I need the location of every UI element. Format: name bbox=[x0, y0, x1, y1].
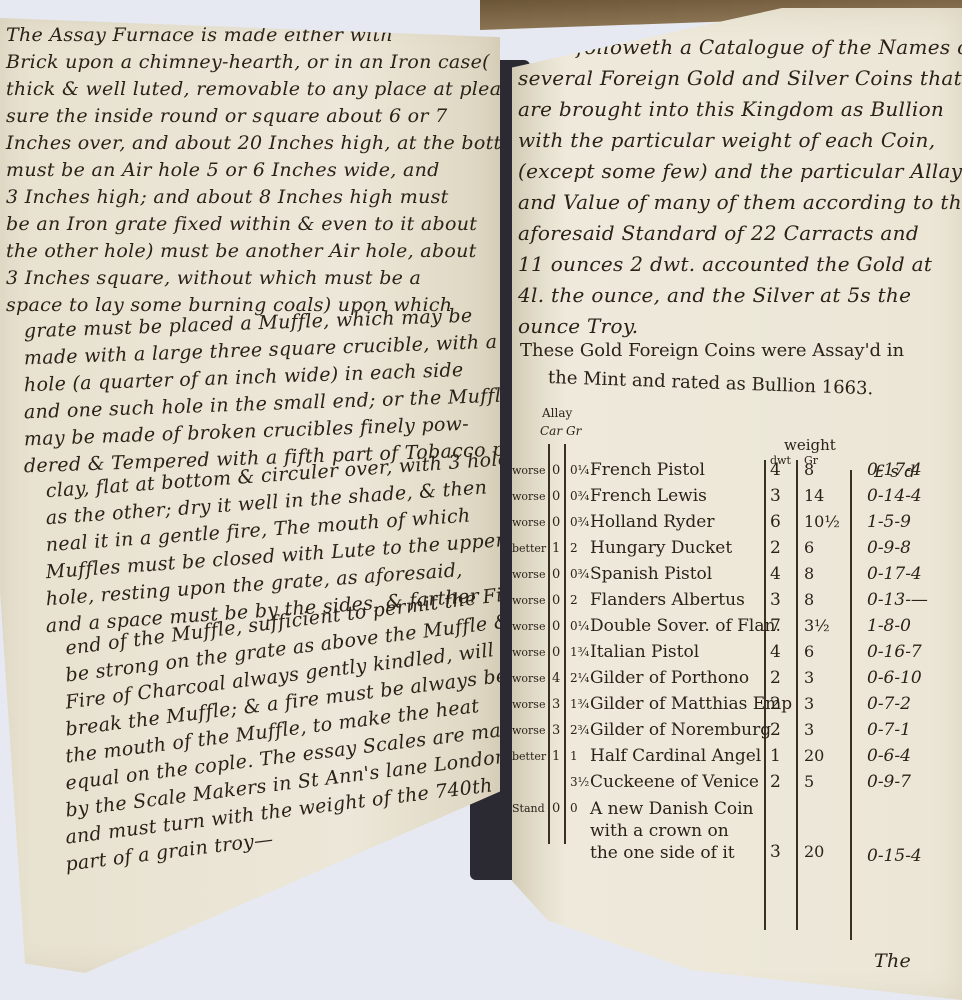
allay-grains: 0¾ bbox=[570, 515, 589, 529]
allay-carats: 0 bbox=[552, 463, 560, 478]
text-line: be an Iron grate fixed within & even to … bbox=[6, 211, 496, 238]
allay-grains: 0¾ bbox=[570, 489, 589, 503]
coin-name: A new Danish Coin with a crown on the on… bbox=[590, 798, 760, 864]
coin-name: Italian Pistol bbox=[590, 642, 699, 662]
coin-name: Holland Ryder bbox=[590, 512, 714, 532]
coin-value: 1-8-0 bbox=[867, 616, 911, 636]
allay-quality: better bbox=[512, 750, 546, 763]
weight-dwt: 2 bbox=[770, 772, 781, 792]
weight-grains: 6 bbox=[804, 642, 814, 661]
table-row: worse 3 2¾ Gilder of Noremburg 2 3 0-7-1 bbox=[512, 720, 962, 746]
table-row: worse 0 2 Flanders Albertus 3 8 0-13-— bbox=[512, 590, 962, 616]
weight-dwt: 3 bbox=[770, 842, 781, 862]
weight-grains: 8 bbox=[804, 590, 814, 609]
weight-grains: 6 bbox=[804, 538, 814, 557]
allay-carats: 0 bbox=[552, 489, 560, 504]
weight-grains: 3½ bbox=[804, 616, 830, 635]
text-line: (except some few) and the particular All… bbox=[518, 156, 962, 187]
allay-carats: 0 bbox=[552, 515, 560, 530]
table-row: better 1 2 Hungary Ducket 2 6 0-9-8 bbox=[512, 538, 962, 564]
text-line: aforesaid Standard of 22 Carracts and bbox=[518, 218, 962, 249]
text-line: and Value of many of them according to t… bbox=[518, 187, 962, 218]
weight-dwt: 3 bbox=[770, 590, 781, 610]
coin-name: Flanders Albertus bbox=[590, 590, 745, 610]
weight-grains: 8 bbox=[804, 460, 814, 479]
allay-quality: worse bbox=[512, 464, 545, 477]
coin-name: Half Cardinal Angel bbox=[590, 746, 761, 766]
coin-name: Gilder of Porthono bbox=[590, 668, 749, 688]
table-row: worse 0 0¼ Double Sover. of Flan. 7 3½ 1… bbox=[512, 616, 962, 642]
coin-name: Cuckeene of Venice bbox=[590, 772, 759, 792]
weight-grains: 10½ bbox=[804, 512, 840, 531]
text-line: Brick upon a chimney-hearth, or in an Ir… bbox=[6, 49, 496, 76]
coin-rows: worse 0 0¼ French Pistol 4 8 0-17-4 wors… bbox=[512, 460, 962, 868]
allay-carats: 0 bbox=[552, 593, 560, 608]
header-gr: Gr bbox=[566, 424, 581, 438]
text-line: These Gold Foreign Coins were Assay'd in bbox=[520, 338, 960, 364]
coin-name: Hungary Ducket bbox=[590, 538, 732, 558]
catalogue-intro: Here followeth a Catalogue of the Names … bbox=[518, 32, 962, 342]
table-row: worse 4 2¼ Gilder of Porthono 2 3 0-6-10 bbox=[512, 668, 962, 694]
allay-carats: 0 bbox=[552, 567, 560, 582]
coin-value: 0-17-4 bbox=[867, 460, 922, 480]
weight-dwt: 2 bbox=[770, 668, 781, 688]
text-line: The Assay Furnace is made either with bbox=[6, 22, 496, 49]
coin-name: Gilder of Noremburg bbox=[590, 720, 771, 740]
allay-carats: 3 bbox=[552, 697, 560, 712]
weight-grains: 5 bbox=[804, 772, 814, 791]
allay-quality: worse bbox=[512, 620, 545, 633]
allay-carats: 0 bbox=[552, 645, 560, 660]
coin-value: 0-6-4 bbox=[867, 746, 911, 766]
weight-dwt: 6 bbox=[770, 512, 781, 532]
allay-grains: 1 bbox=[570, 749, 578, 763]
allay-grains: 2¾ bbox=[570, 723, 589, 737]
table-row: worse 3 1¾ Gilder of Matthias Emp 2 3 0-… bbox=[512, 694, 962, 720]
allay-quality: Stand bbox=[512, 802, 545, 815]
allay-quality: worse bbox=[512, 568, 545, 581]
table-row: Stand 0 0 A new Danish Coin with a crown… bbox=[512, 798, 962, 868]
coin-value: 0-16-7 bbox=[867, 642, 922, 662]
allay-carats: 3 bbox=[552, 723, 560, 738]
left-page: The Assay Furnace is made either with Br… bbox=[0, 18, 500, 973]
allay-carats: 0 bbox=[552, 801, 560, 816]
text-line: 4l. the ounce, and the Silver at 5s the bbox=[518, 280, 962, 311]
weight-grains: 8 bbox=[804, 564, 814, 583]
text-line: several Foreign Gold and Silver Coins th… bbox=[518, 63, 962, 94]
header-allay: Allay bbox=[542, 406, 572, 420]
weight-dwt: 2 bbox=[770, 720, 781, 740]
allay-carats: 0 bbox=[552, 619, 560, 634]
allay-carats: 1 bbox=[552, 749, 560, 764]
weight-dwt: 2 bbox=[770, 694, 781, 714]
weight-grains: 3 bbox=[804, 720, 814, 739]
table-row: worse 0 0¾ French Lewis 3 14 0-14-4 bbox=[512, 486, 962, 512]
table-row: worse 0 0¼ French Pistol 4 8 0-17-4 bbox=[512, 460, 962, 486]
coin-value: 0-13-— bbox=[867, 590, 928, 610]
table-row: 3½ Cuckeene of Venice 2 5 0-9-7 bbox=[512, 772, 962, 798]
allay-grains: 0¾ bbox=[570, 567, 589, 581]
coin-value: 0-15-4 bbox=[867, 846, 922, 866]
text-line: sure the inside round or square about 6 … bbox=[6, 103, 496, 130]
text-line: thick & well luted, removable to any pla… bbox=[6, 76, 496, 103]
weight-dwt: 2 bbox=[770, 538, 781, 558]
coin-name: French Lewis bbox=[590, 486, 707, 506]
coin-value: 0-17-4 bbox=[867, 564, 922, 584]
weight-grains: 3 bbox=[804, 668, 814, 687]
allay-grains: 2 bbox=[570, 541, 578, 555]
allay-quality: worse bbox=[512, 516, 545, 529]
text-line: Here followeth a Catalogue of the Names … bbox=[518, 32, 962, 63]
text-line: 3 Inches square, without which must be a bbox=[6, 265, 496, 292]
right-page: Here followeth a Catalogue of the Names … bbox=[512, 8, 962, 1000]
weight-grains: 3 bbox=[804, 694, 814, 713]
coin-name: Gilder of Matthias Emp bbox=[590, 694, 792, 714]
table-row: better 1 1 Half Cardinal Angel 1 20 0-6-… bbox=[512, 746, 962, 772]
allay-grains: 3½ bbox=[570, 775, 589, 789]
allay-quality: worse bbox=[512, 724, 545, 737]
header-car: Car bbox=[540, 424, 562, 438]
table-heading: These Gold Foreign Coins were Assay'd in… bbox=[520, 338, 960, 390]
text-line: must be an Air hole 5 or 6 Inches wide, … bbox=[6, 157, 496, 184]
coin-name: Spanish Pistol bbox=[590, 564, 712, 584]
allay-grains: 1¾ bbox=[570, 697, 589, 711]
text-line: the other hole) must be another Air hole… bbox=[6, 238, 496, 265]
allay-quality: better bbox=[512, 542, 546, 555]
coin-value: 0-6-10 bbox=[867, 668, 922, 688]
coin-name: Double Sover. of Flan. bbox=[590, 616, 781, 636]
coin-value: 0-14-4 bbox=[867, 486, 922, 506]
catchword: The bbox=[874, 948, 911, 975]
allay-grains: 0 bbox=[570, 801, 578, 815]
table-row: worse 0 0¾ Spanish Pistol 4 8 0-17-4 bbox=[512, 564, 962, 590]
allay-grains: 1¾ bbox=[570, 645, 589, 659]
weight-grains: 20 bbox=[804, 746, 824, 765]
weight-dwt: 7 bbox=[770, 616, 781, 636]
allay-quality: worse bbox=[512, 594, 545, 607]
allay-quality: worse bbox=[512, 672, 545, 685]
coin-value: 1-5-9 bbox=[867, 512, 911, 532]
coin-value: 0-9-8 bbox=[867, 538, 911, 558]
coin-value: 0-9-7 bbox=[867, 772, 911, 792]
weight-dwt: 3 bbox=[770, 486, 781, 506]
coin-value: 0-7-1 bbox=[867, 720, 911, 740]
text-line: with the particular weight of each Coin, bbox=[518, 125, 962, 156]
allay-carats: 4 bbox=[552, 671, 560, 686]
text-line: are brought into this Kingdom as Bullion bbox=[518, 94, 962, 125]
text-line: the Mint and rated as Bullion 1663. bbox=[520, 364, 961, 405]
allay-grains: 0¼ bbox=[570, 463, 589, 477]
allay-grains: 2¼ bbox=[570, 671, 589, 685]
coin-value: 0-7-2 bbox=[867, 694, 911, 714]
weight-grains: 14 bbox=[804, 486, 824, 505]
allay-grains: 2 bbox=[570, 593, 578, 607]
allay-carats: 1 bbox=[552, 541, 560, 556]
assay-furnace-text: The Assay Furnace is made either with Br… bbox=[6, 22, 496, 886]
text-line: 11 ounces 2 dwt. accounted the Gold at bbox=[518, 249, 962, 280]
coin-name: French Pistol bbox=[590, 460, 705, 480]
weight-grains: 20 bbox=[804, 842, 824, 861]
weight-dwt: 4 bbox=[770, 642, 781, 662]
weight-dwt: 4 bbox=[770, 460, 781, 480]
allay-quality: worse bbox=[512, 646, 545, 659]
weight-dwt: 1 bbox=[770, 746, 781, 766]
allay-grains: 0¼ bbox=[570, 619, 589, 633]
table-row: worse 0 0¾ Holland Ryder 6 10½ 1-5-9 bbox=[512, 512, 962, 538]
weight-dwt: 4 bbox=[770, 564, 781, 584]
allay-quality: worse bbox=[512, 698, 545, 711]
allay-quality: worse bbox=[512, 490, 545, 503]
header-weight: weight bbox=[784, 436, 836, 454]
text-line: Inches over, and about 20 Inches high, a… bbox=[6, 130, 496, 157]
text-line: 3 Inches high; and about 8 Inches high m… bbox=[6, 184, 496, 211]
table-row: worse 0 1¾ Italian Pistol 4 6 0-16-7 bbox=[512, 642, 962, 668]
